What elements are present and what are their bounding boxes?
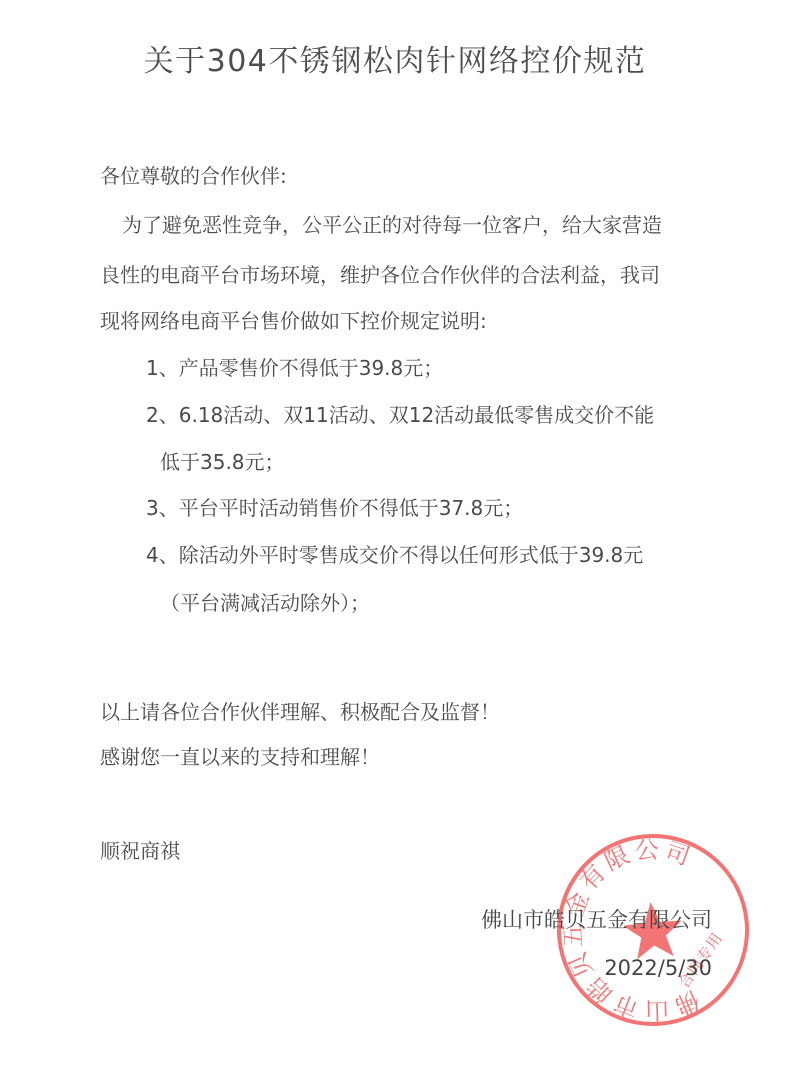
rule-number: 4、 (146, 543, 179, 567)
intro-line-2: 良性的电商平台市场环境，维护各位合作伙伴的合法利益，我司 (100, 261, 660, 289)
rule-number: 1、 (146, 356, 179, 380)
intro-line-3: 现将网络电商平台售价做如下控价规定说明: (100, 307, 487, 335)
signature-company: 佛山市皓贝五金有限公司 (481, 906, 712, 934)
document-title: 关于304不锈钢松肉针网络控价规范 (0, 40, 790, 84)
rule-number: 2、 (146, 403, 179, 427)
rule-text: 平台平时活动销售价不得低于37.8元； (179, 496, 524, 520)
rule-text: 6.18活动、双11活动、双12活动最低零售成交价不能 (179, 403, 654, 427)
rule-text: 除活动外平时零售成交价不得以任何形式低于39.8元 (179, 543, 644, 567)
rule-item-2: 2、6.18活动、双11活动、双12活动最低零售成交价不能 (146, 401, 654, 429)
closing-line-2: 感谢您一直以来的支持和理解！ (100, 743, 380, 771)
rule-item-3: 3、平台平时活动销售价不得低于37.8元； (146, 494, 523, 522)
rule-item-4-continuation: （平台满减活动除外）； (160, 589, 370, 617)
rule-item-2-continuation: 低于35.8元； (160, 448, 285, 476)
rule-item-1: 1、产品零售价不得低于39.8元； (146, 354, 443, 382)
salutation: 各位尊敬的合作伙伴: (100, 162, 287, 190)
closing-line-1: 以上请各位合作伙伴理解、积极配合及监督！ (100, 698, 500, 726)
regards: 顺祝商祺 (100, 837, 180, 865)
rule-item-4: 4、除活动外平时零售成交价不得以任何形式低于39.8元 (146, 541, 643, 569)
signature-date: 2022/5/30 (604, 954, 712, 982)
intro-line-1: 为了避免恶性竞争，公平公正的对待每一位客户，给大家营造 (122, 211, 662, 239)
rule-text: 产品零售价不得低于39.8元； (179, 356, 444, 380)
rule-number: 3、 (146, 496, 179, 520)
